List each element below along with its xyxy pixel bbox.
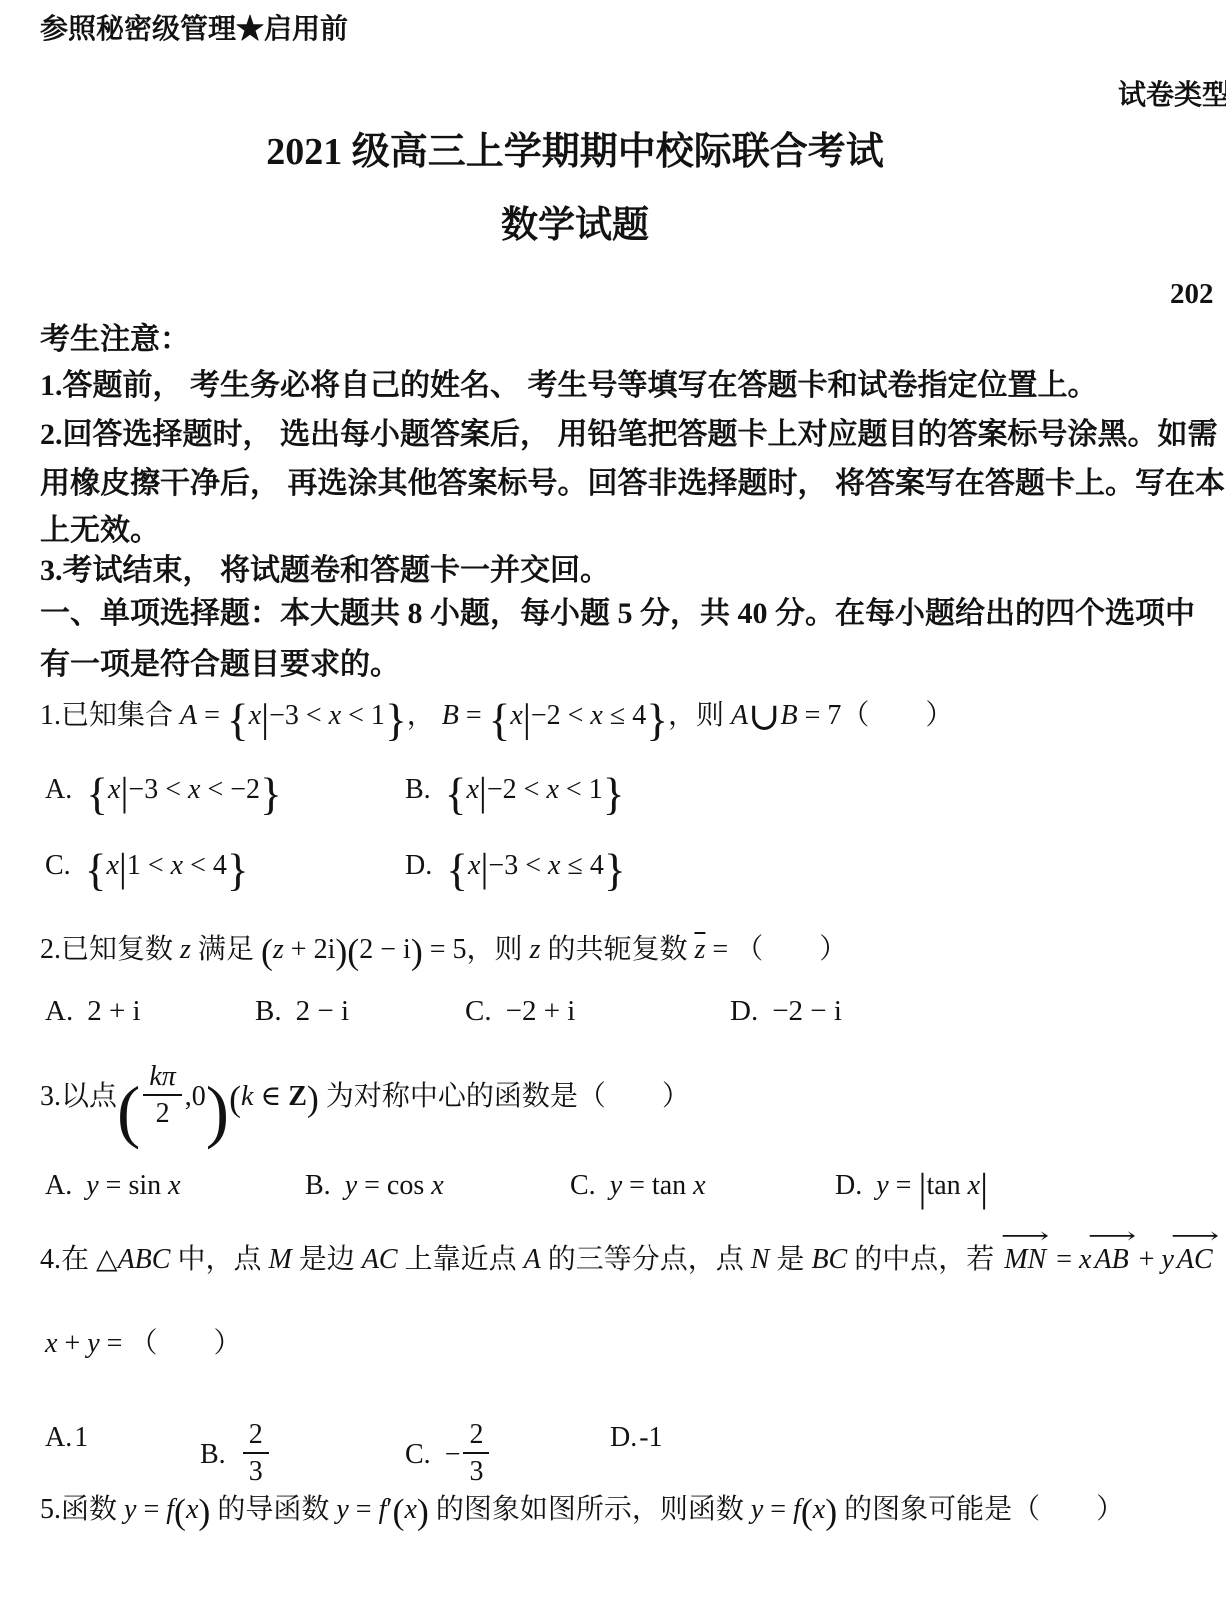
option-value: −2 + i xyxy=(506,995,576,1027)
option-label: C. xyxy=(45,850,71,881)
option-label: B. xyxy=(305,1170,331,1201)
question-3-option-b: B.y = cos x xyxy=(305,1168,444,1204)
notice-item-2-continued: 用橡皮擦干净后， 再选涂其他答案标号。回答非选择题时， 将答案写在答题卡上。写在… xyxy=(40,464,1225,503)
notice-item-1: 1.答题前， 考生务必将自己的姓名、 考生号等填写在答题卡和试卷指定位置上。 xyxy=(40,366,1098,405)
exam-date-partial: 202 xyxy=(1170,276,1214,314)
exam-subtitle: 数学试题 xyxy=(0,202,1150,250)
question-3-option-a: A.y = sin x xyxy=(45,1168,181,1204)
fraction: 23 xyxy=(243,1420,269,1487)
option-value: 2 + i xyxy=(87,995,140,1027)
question-3-stem: 3.以点(kπ2,0)(k ∈ Z) 为对称中心的函数是（ ） xyxy=(40,1062,690,1147)
option-label: D. xyxy=(730,995,758,1027)
option-value: 2 − i xyxy=(296,995,349,1027)
question-5-stem: 5.函数 y = f(x) 的导函数 y = f′(x) 的图象如图所示，则函数… xyxy=(40,1492,1124,1530)
option-label: B. xyxy=(255,995,282,1027)
exam-title: 2021 级高三上学期期中校际联合考试 xyxy=(0,128,1150,177)
question-3-option-d: D.y = |tan x| xyxy=(835,1168,988,1209)
exam-page: 参照秘密级管理★启用前 试卷类型 2021 级高三上学期期中校际联合考试 数学试… xyxy=(0,0,1226,1600)
notice-heading: 考生注意： xyxy=(40,320,190,359)
option-value: y = tan x xyxy=(610,1170,706,1201)
option-label: C. xyxy=(570,1170,596,1201)
option-label: A. xyxy=(45,1170,72,1201)
notice-item-2: 2.回答选择题时， 选出每小题答案后， 用铅笔把答题卡上对应题目的答案标号涂黑。… xyxy=(40,415,1218,454)
question-1-stem: 1.已知集合 A = {x|−3 < x < 1}， B = {x|−2 < x… xyxy=(40,698,953,743)
question-4-option-c: C.−23 xyxy=(405,1420,492,1487)
question-4-stem: 4.在 △ABC 中，点 M 是边 AC 上靠近点 A 的三等分点，点 N 是 … xyxy=(40,1242,1216,1278)
vector-arrow-icon: ⟶ xyxy=(1001,1226,1050,1248)
option-label: A. xyxy=(45,1422,72,1453)
question-4-stem-line2: x + y = （ ） xyxy=(45,1326,241,1362)
option-value: 1 xyxy=(74,1422,88,1453)
vector-mn: ⟶MN xyxy=(1004,1242,1046,1278)
section-header-line1: 一、单项选择题：本大题共 8 小题，每小题 5 分，共 40 分。在每小题给出的… xyxy=(40,594,1195,633)
classification-header: 参照秘密级管理★启用前 xyxy=(40,12,348,48)
question-1-option-b: B.{x|−2 < x < 1} xyxy=(405,772,624,817)
option-label: A. xyxy=(45,995,73,1027)
option-label: B. xyxy=(200,1439,226,1470)
notice-item-2-end: 上无效。 xyxy=(40,511,160,550)
option-label: C. xyxy=(465,995,492,1027)
option-value: 23 xyxy=(240,1439,272,1470)
question-2-option-d: D.−2 − i xyxy=(730,993,842,1031)
question-4-option-b: B.23 xyxy=(200,1420,272,1487)
fraction: kπ2 xyxy=(143,1062,181,1129)
option-value: {x|−3 < x < −2} xyxy=(86,774,282,805)
option-label: D. xyxy=(610,1422,637,1453)
option-value: {x|−3 < x ≤ 4} xyxy=(446,850,625,881)
section-header-line2: 有一项是符合题目要求的。 xyxy=(40,645,400,684)
option-value: y = sin x xyxy=(86,1170,180,1201)
question-2-option-a: A.2 + i xyxy=(45,993,141,1031)
question-4-option-a: A.1 xyxy=(45,1420,88,1456)
option-value: y = cos x xyxy=(345,1170,444,1201)
vector-ab: ⟶AB xyxy=(1094,1242,1128,1278)
option-value: y = |tan x| xyxy=(876,1170,988,1201)
option-label: D. xyxy=(835,1170,862,1201)
question-1-option-c: C.{x|1 < x < 4} xyxy=(45,848,249,893)
vector-arrow-icon: ⟶ xyxy=(1087,1226,1136,1248)
vector-arrow-icon: ⟶ xyxy=(1171,1226,1220,1248)
option-value: {x|1 < x < 4} xyxy=(85,850,249,881)
option-label: D. xyxy=(405,850,432,881)
question-1-option-a: A.{x|−3 < x < −2} xyxy=(45,772,282,817)
option-value: -1 xyxy=(639,1422,662,1453)
option-value: −2 − i xyxy=(772,995,842,1027)
vector-ac: ⟶AC xyxy=(1177,1242,1213,1278)
option-value: {x|−2 < x < 1} xyxy=(445,774,625,805)
question-2-stem: 2.已知复数 z 满足 (z + 2i)(2 − i) = 5，则 z 的共轭复… xyxy=(40,932,847,970)
option-label: A. xyxy=(45,774,72,805)
fraction: 23 xyxy=(463,1420,489,1487)
question-2-option-c: C.−2 + i xyxy=(465,993,575,1031)
option-label: B. xyxy=(405,774,431,805)
option-label: C. xyxy=(405,1439,431,1470)
notice-item-3: 3.考试结束， 将试题卷和答题卡一并交回。 xyxy=(40,551,610,590)
paper-type-label: 试卷类型 xyxy=(1118,78,1226,114)
question-3-option-c: C.y = tan x xyxy=(570,1168,706,1204)
option-value: −23 xyxy=(445,1439,493,1470)
question-2-option-b: B.2 − i xyxy=(255,993,349,1031)
question-4-option-d: D.-1 xyxy=(610,1420,663,1456)
question-1-option-d: D.{x|−3 < x ≤ 4} xyxy=(405,848,626,893)
